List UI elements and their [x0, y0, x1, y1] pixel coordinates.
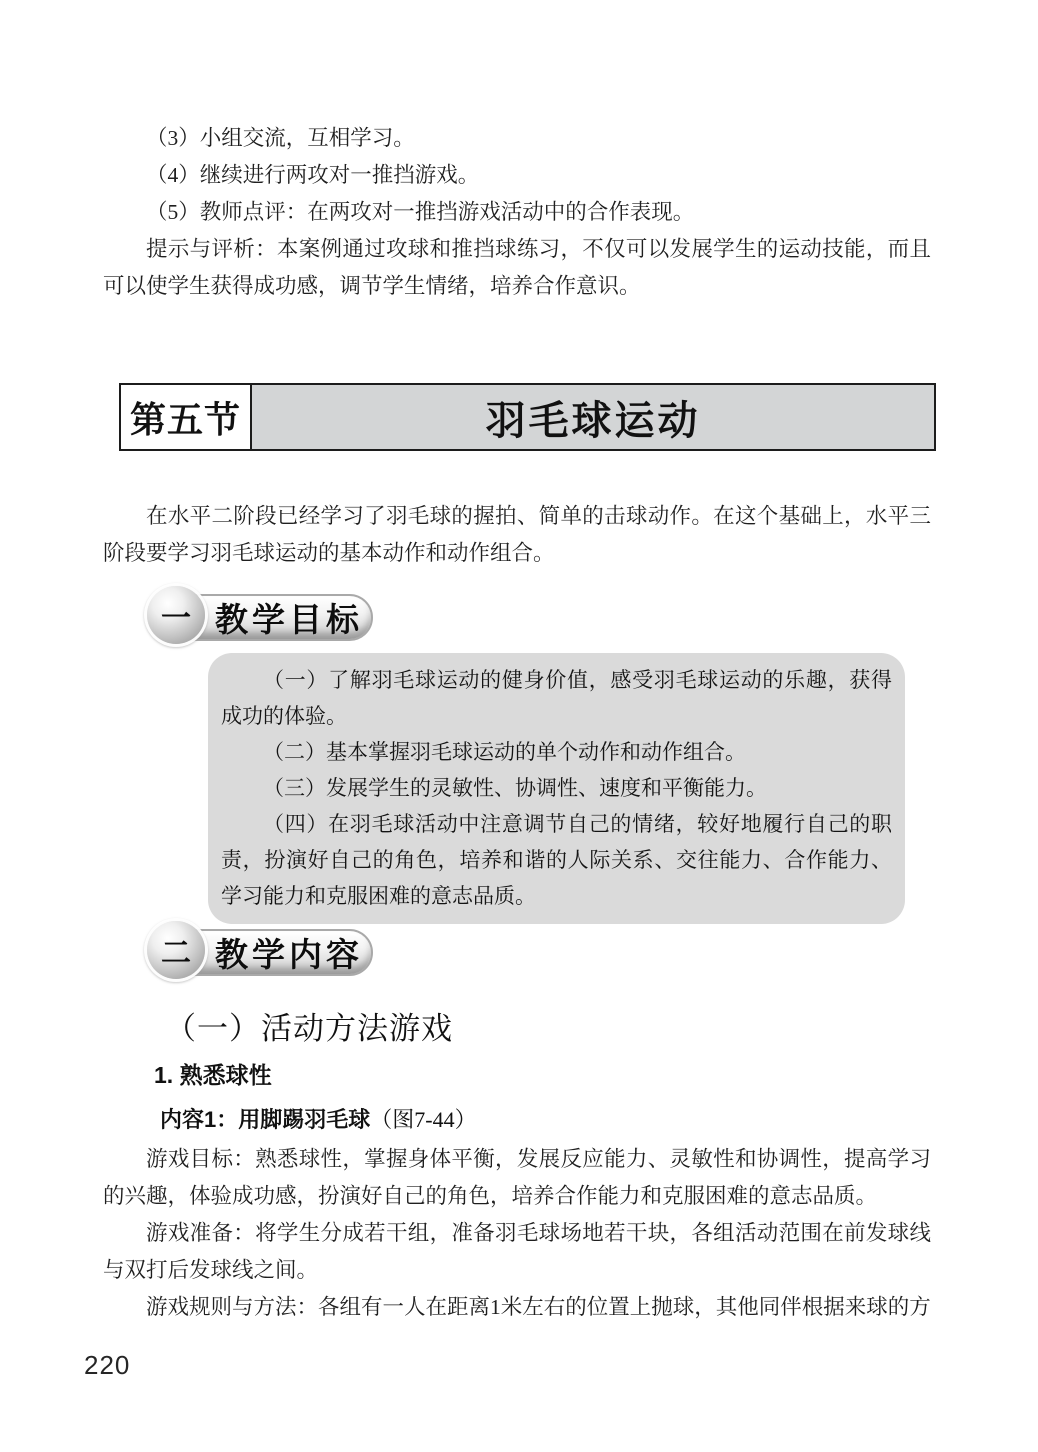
game-prep-paragraph: 游戏准备：将学生分成若干组，准备羽毛球场地若干块，各组活动范围在前发球线与双打后… [103, 1215, 931, 1289]
section-2-number: 二 [161, 928, 191, 972]
chapter-title: 羽毛球运动 [252, 385, 934, 449]
page-number: 220 [84, 1350, 130, 1381]
section-1-number: 一 [161, 593, 191, 637]
game-rules-paragraph: 游戏规则与方法：各组有一人在距离1米左右的位置上抛球，其他同伴根据来球的方 [103, 1289, 931, 1326]
activity-figure-ref: （图7-44） [370, 1107, 476, 1132]
list-item-4: （4）继续进行两攻对一推挡游戏。 [103, 157, 931, 194]
list-item-5: （5）教师点评：在两攻对一推挡游戏活动中的合作表现。 [103, 194, 931, 231]
chapter-intro-block: 在水平二阶段已经学习了羽毛球的握拍、简单的击球动作。在这个基础上，水平三阶段要学… [103, 498, 931, 572]
goal-item-1: （一）了解羽毛球运动的健身价值，感受羽毛球运动的乐趣，获得成功的体验。 [221, 662, 892, 734]
section-2-header: 教学内容 二 [147, 921, 377, 981]
subsection-title: （一）活动方法游戏 [165, 1003, 453, 1048]
list-item-3: （3）小组交流，互相学习。 [103, 120, 931, 157]
textbook-page: { "top_list": { "item3": "（3）小组交流，互相学习。"… [0, 0, 1038, 1452]
chapter-section-label: 第五节 [121, 385, 252, 449]
activity-heading: 内容1：用脚踢羽毛球（图7-44） [160, 1103, 477, 1134]
goal-item-3: （三）发展学生的灵敏性、协调性、速度和平衡能力。 [221, 770, 892, 806]
goal-item-2: （二）基本掌握羽毛球运动的单个动作和动作组合。 [221, 734, 892, 770]
chapter-header-bar: 第五节 羽毛球运动 [119, 383, 936, 451]
topic-heading: 1. 熟悉球性 [154, 1057, 272, 1090]
tips-evaluation-paragraph: 提示与评析：本案例通过攻球和推挡球练习，不仅可以发展学生的运动技能，而且可以使学… [103, 231, 931, 305]
section-1-number-sphere: 一 [147, 586, 205, 644]
activity-body-block: 游戏目标：熟悉球性，掌握身体平衡，发展反应能力、灵敏性和协调性，提高学习的兴趣，… [103, 1141, 931, 1326]
section-2-number-sphere: 二 [147, 921, 205, 979]
game-goal-paragraph: 游戏目标：熟悉球性，掌握身体平衡，发展反应能力、灵敏性和协调性，提高学习的兴趣，… [103, 1141, 931, 1215]
teaching-goals-box: （一）了解羽毛球运动的健身价值，感受羽毛球运动的乐趣，获得成功的体验。 （二）基… [208, 653, 905, 924]
activity-heading-label: 内容1：用脚踢羽毛球 [160, 1107, 370, 1132]
goal-item-4: （四）在羽毛球活动中注意调节自己的情绪，较好地履行自己的职责，扮演好自己的角色，… [221, 806, 892, 914]
section-1-header: 教学目标 一 [147, 586, 377, 646]
chapter-intro-paragraph: 在水平二阶段已经学习了羽毛球的握拍、简单的击球动作。在这个基础上，水平三阶段要学… [103, 498, 931, 572]
lesson-steps-block: （3）小组交流，互相学习。 （4）继续进行两攻对一推挡游戏。 （5）教师点评：在… [103, 120, 931, 305]
